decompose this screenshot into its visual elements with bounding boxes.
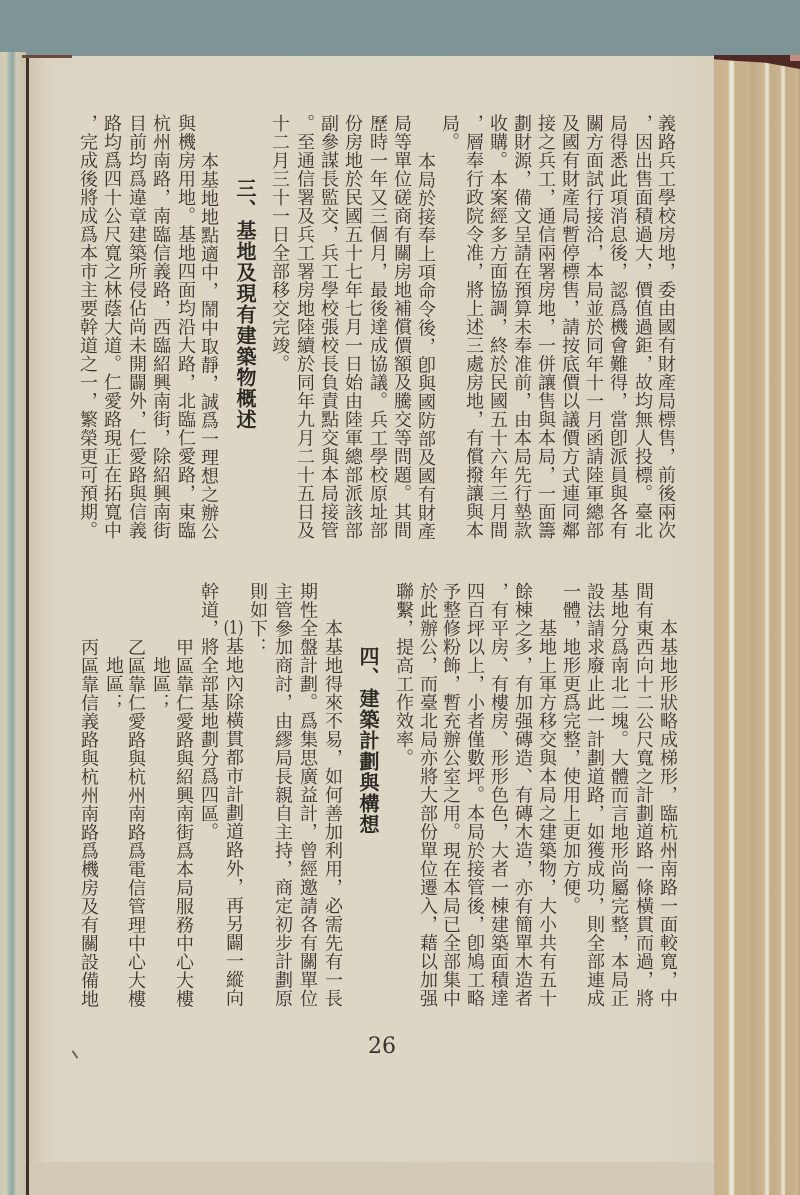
text-column: 局得悉此項消息後，認爲機會難得，當卽派員與各有 <box>605 114 629 540</box>
text-column: 義路兵工學校房地，委由國有財產局標售，前後兩次 <box>653 114 677 540</box>
zone-b-line: 地區； <box>101 656 125 712</box>
text-column: 歷時一年又三個月，最後達成協議。兵工學校原址部 <box>365 114 389 540</box>
text-column: 本基地得來不易，如何善加利用，必需先有一長 <box>320 619 344 1008</box>
text-column: 基地上軍方移交與本局之建築物，大小共有五十 <box>534 619 558 1008</box>
list-item-1: (1)基地內除橫貫都市計劃道路外，再另闢一縱向 <box>221 619 245 1007</box>
page-stack-edges <box>714 58 800 1195</box>
text-column: ，層奉行政院令准，將上述三處房地，有償撥讓與本 <box>461 114 485 540</box>
text-column: 接之兵工，通信兩署房地，一併讓售與本局，一面籌 <box>533 114 557 540</box>
text-column: 一體，地形更爲完整，使用上更加方便。 <box>558 582 582 915</box>
text-column: 本基地地點適中，鬧中取靜，誠爲一理想之辦公 <box>196 152 220 541</box>
text-column: 四百坪以上，小者僅數坪。本局於接管後，卽鳩工略 <box>462 582 486 1008</box>
section-heading-4: 四、建築計劃與構想 <box>355 646 381 835</box>
previous-page-edge <box>0 52 26 1195</box>
text-column: 主管參加商討，由繆局長親自主持，商定初步計劃原 <box>270 582 294 1008</box>
text-column: 收購。本案經多方面協調，終於民國五十六年三月間 <box>485 114 509 540</box>
text-column: 關方面試行接洽，本局並於同年十一月函請陸軍總部 <box>581 114 605 540</box>
page-bottom-margin <box>29 1162 714 1195</box>
text-column: 餘棟之多，有加强磚造、有磚木造，亦有簡單木造者 <box>510 582 534 1008</box>
text-column: 杭州南路，南臨信義路，西臨紹興南街，除紹興南街 <box>148 114 172 540</box>
text-column: 路均爲四十公尺寬之林蔭大道。仁愛路現正在拓寬中 <box>99 114 123 540</box>
text-column: ，因出售面積過大，價值過鉅，故均無人投標。臺北 <box>630 114 654 540</box>
text-column: 及國有財產局暫停標售，請按底價以議價方式連同鄰 <box>557 114 581 540</box>
text-column: 目前均爲違章建築所侵佔尚未開闢外，仁愛路與信義 <box>124 114 148 540</box>
text-column: 期性全盤計劃。爲集思廣益計，曾經邀請各有關單位 <box>295 582 319 1008</box>
zone-c-line: 丙區靠信義路與杭州南路爲機房及有關設備地 <box>76 638 100 1008</box>
page-top-edge <box>22 55 72 58</box>
book-cover-highlight <box>790 55 800 61</box>
text-column: 與機房用地。基地四面均沿大路，北臨仁愛路，東臨 <box>173 114 197 540</box>
text-column: 劃財源，備文呈請在預算未奉准前，由本局先行墊款 <box>509 114 533 540</box>
text-column: 基地分爲南北二塊。大體而言地形尚屬完整，本局正 <box>606 582 630 1008</box>
text-column: 副參謀長監交，兵工學校張校長負責點交與本局接管 <box>316 114 340 540</box>
text-column: 本基地形狀略成梯形，臨杭州南路一面較寬，中 <box>655 619 679 1008</box>
text-column: 聯繫，提高工作效率。 <box>391 582 415 767</box>
text-column: 則如下： <box>245 582 269 656</box>
text-column: 於此辦公，而臺北局亦將大部份單位遷入，藉以加强 <box>415 582 439 1008</box>
text-column: 設法請求廢止此一計劃道路，如獲成功，則全部連成 <box>582 582 606 1008</box>
text-column: 十二月三十一日全部移交完竣。 <box>267 114 291 373</box>
text-column: ，有平房、有樓房、形形色色，大者一棟建築面積達 <box>486 582 510 1008</box>
section-heading-3: 三、基地及現有建築物概述 <box>232 178 258 430</box>
text-column: 予整修粉飾，暫充辦公室之用。現在本局已全部集中 <box>438 582 462 1008</box>
text-column: 局等單位磋商有關房地補償價額及騰交等問題。其間 <box>389 114 413 540</box>
zone-a-line: 地區； <box>148 656 172 712</box>
text-column: 本局於接奉上項命令後，卽與國防部及國有財產 <box>413 152 437 541</box>
text-column: 幹道，將全部基地劃分爲四區。 <box>196 582 220 841</box>
text-column: 局。 <box>437 114 461 151</box>
scan-background <box>0 0 800 56</box>
list-marker: (1) <box>223 619 244 637</box>
zone-a-line: 甲區靠仁愛路與紹興南街爲本局服務中心大樓 <box>171 638 195 1008</box>
list-item-text: 基地內除橫貫都市計劃道路外，再另闢一縱向 <box>223 637 244 1007</box>
zone-b-line: 乙區靠仁愛路與杭州南路爲電信管理中心大樓 <box>123 638 147 1008</box>
text-column: 間有東西向十二公尺寬之計劃道路一條橫貫而過，將 <box>631 582 655 1008</box>
text-column: 。至通信署及兵工署房地陸續於同年九月二十五日及 <box>292 114 316 540</box>
page-number: 26 <box>368 1034 396 1059</box>
binding-gutter-line <box>26 55 29 1195</box>
text-column: ，完成後將成爲本市主要幹道之一，繁榮更可預期。 <box>75 114 99 540</box>
text-column: 份房地於民國五十七年七月一日始由陸軍總部派該部 <box>340 114 364 540</box>
